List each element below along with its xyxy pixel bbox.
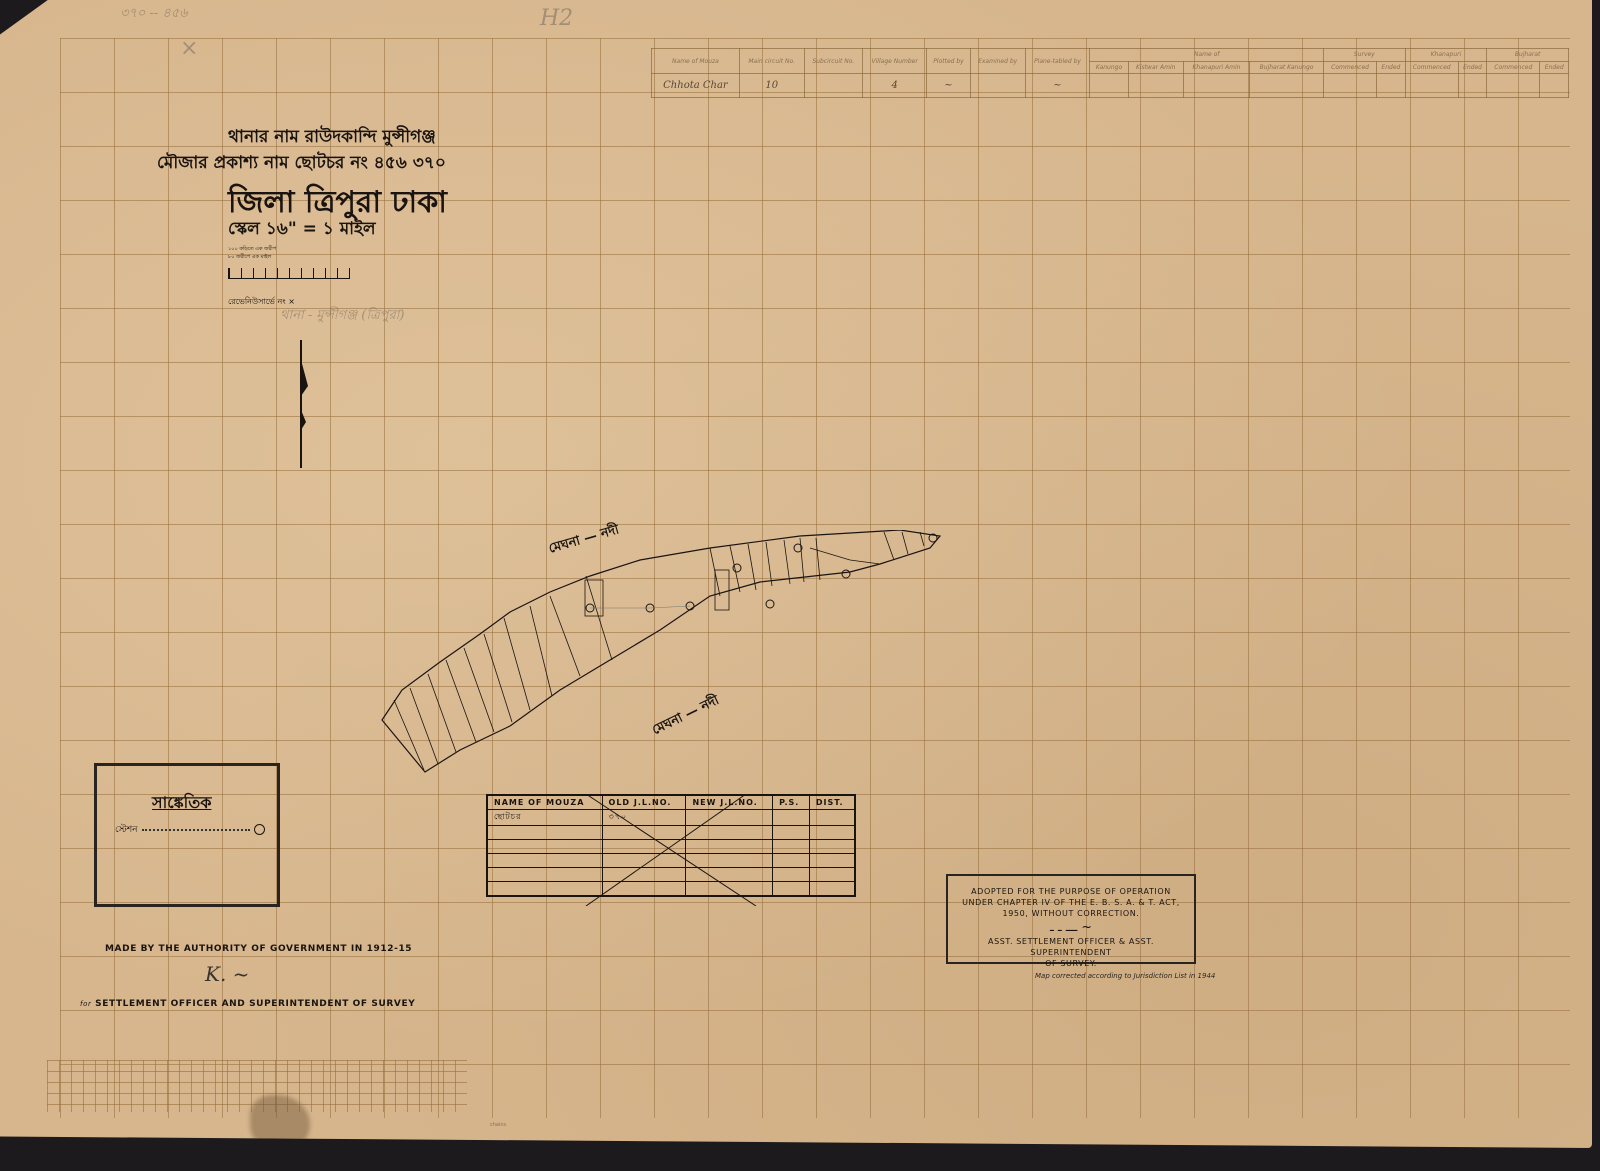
col-village-number: Village Number [863, 49, 927, 74]
col-kistwar-amin: Kistwar Amin [1128, 61, 1183, 74]
pencil-note-top-mark: H2 [540, 6, 573, 31]
val-main-circuit: 10 [739, 74, 804, 98]
table-row [487, 882, 855, 897]
cell-old-jl: ৩৭০ [602, 810, 686, 826]
th-name-of-mouza: NAME OF MOUZA [487, 795, 602, 810]
col-plotted-by: Plotted by [927, 49, 971, 74]
mouza-jurisdiction-table: NAME OF MOUZA OLD J.L.NO. NEW J.L.NO. P.… [486, 794, 856, 897]
pencil-x-mark: × [180, 36, 198, 61]
stamp-signature: ـــ ـ ـ ~ [948, 922, 1194, 933]
table-row [487, 868, 855, 882]
val-mouza-name: Chhota Char [652, 74, 740, 98]
scale-label: স্কেল ১৬" = ১ মাইল [228, 216, 376, 244]
table-row [487, 854, 855, 868]
col-survey-ended: Ended [1377, 61, 1406, 74]
officer-title-text: SETTLEMENT OFFICER AND SUPERINTENDENT OF… [95, 999, 415, 1009]
col-subcircuit: Subcircuit No. [804, 49, 862, 74]
cell-mouza-name: ছোটচর [487, 810, 602, 826]
scale-note-1: ১০০ কড়িতে এক জরীপ [228, 246, 276, 254]
officer-prefix: for [80, 1000, 91, 1008]
val-plotted-by: ~ [927, 74, 971, 98]
col-khanapuri-ended: Ended [1458, 61, 1487, 74]
val-planetabled-by: ~ [1025, 74, 1090, 98]
col-khanapuri: Khanapuri [1405, 49, 1487, 62]
legend-box: সাঙ্কেতিক স্টেশন [94, 763, 280, 907]
officer-signature: K. ~ [205, 962, 249, 986]
th-new-jl-no: NEW J.L.NO. [686, 795, 773, 810]
legend-title: সাঙ্কেতিক [152, 790, 211, 817]
scale-notes: ১০০ কড়িতে এক জরীপ ৮০ জরীপে এক মাইল [228, 246, 276, 262]
legend-item-station: স্টেশন [115, 822, 265, 837]
correction-footnote: Map corrected according to Jurisdiction … [1035, 972, 1215, 980]
col-name-of: Name of [1090, 49, 1324, 62]
stamp-line-1: ADOPTED FOR THE PURPOSE OF OPERATION [948, 886, 1194, 897]
scale-bar [228, 268, 350, 279]
val-examined-by [970, 74, 1025, 98]
thana-name: থানার নাম রাউদকান্দি মুন্সীগঞ্জ [228, 124, 436, 152]
th-dist: DIST. [809, 795, 855, 810]
col-main-circuit: Main circuit No. [739, 49, 804, 74]
header-record-table: Name of Mouza Main circuit No. Subcircui… [651, 48, 1569, 98]
north-arrow-icon [300, 340, 308, 468]
table-row: ছোটচর ৩৭০ [487, 810, 855, 826]
col-bujharat-ended: Ended [1540, 61, 1569, 74]
stamp-line-3: 1950, WITHOUT CORRECTION. [948, 908, 1194, 919]
col-bujharat-commenced: Commenced [1487, 61, 1540, 74]
col-examined-by: Examined by [970, 49, 1025, 74]
th-ps: P.S. [773, 795, 810, 810]
legend-dots [142, 829, 250, 831]
chains-label: chains [490, 1122, 506, 1128]
val-village-number: 4 [863, 74, 927, 98]
col-bujharat-kanungo: Bujharat Kanungo [1250, 61, 1324, 74]
adoption-stamp: ADOPTED FOR THE PURPOSE OF OPERATION UND… [946, 874, 1196, 964]
col-bujharat: Bujharat [1487, 49, 1569, 62]
made-by-authority: MADE BY THE AUTHORITY OF GOVERNMENT IN 1… [105, 944, 412, 954]
station-circle-icon [254, 824, 265, 835]
scale-note-2: ৮০ জরীপে এক মাইল [228, 254, 276, 262]
cell-new-jl [686, 810, 773, 826]
cell-ps [773, 810, 810, 826]
stamp-line-5: OF SURVEY. [948, 958, 1194, 969]
th-old-jl-no: OLD J.L.NO. [602, 795, 686, 810]
stamp-line-2: UNDER CHAPTER IV OF THE E. B. S. A. & T.… [948, 897, 1194, 908]
mouza-name: মৌজার প্রকাশ্য নাম ছোটচর নং ৪৫৬ ৩৭০ [157, 150, 446, 178]
table-row [487, 826, 855, 840]
col-khanapuri-amin: Khanapuri Amin [1183, 61, 1249, 74]
legend-item-label: স্টেশন [115, 822, 138, 837]
stamp-line-4: ASST. SETTLEMENT OFFICER & ASST. SUPERIN… [948, 936, 1194, 958]
col-survey: Survey [1323, 49, 1405, 62]
col-name-of-mouza: Name of Mouza [652, 49, 740, 74]
pencil-note-top-left: ৩৭০ -- ৪৫৬ [120, 4, 188, 25]
col-survey-commenced: Commenced [1323, 61, 1376, 74]
col-kanungo: Kanungo [1090, 61, 1128, 74]
map-sheet: Name of Mouza Main circuit No. Subcircui… [0, 0, 1592, 1148]
col-planetabled-by: Plane-tabled by [1025, 49, 1090, 74]
col-khanapuri-commenced: Commenced [1405, 61, 1458, 74]
char-island-plot [380, 530, 980, 800]
settlement-officer-title: for SETTLEMENT OFFICER AND SUPERINTENDEN… [80, 999, 415, 1009]
revenue-survey-number: রেভেনিউসার্ভে নং × [228, 296, 295, 309]
val-subcircuit [804, 74, 862, 98]
table-row [487, 840, 855, 854]
pencil-note-mid: থানা - মুন্সীগঞ্জ (ত্রিপুরা) [280, 306, 404, 327]
cell-dist [809, 810, 855, 826]
